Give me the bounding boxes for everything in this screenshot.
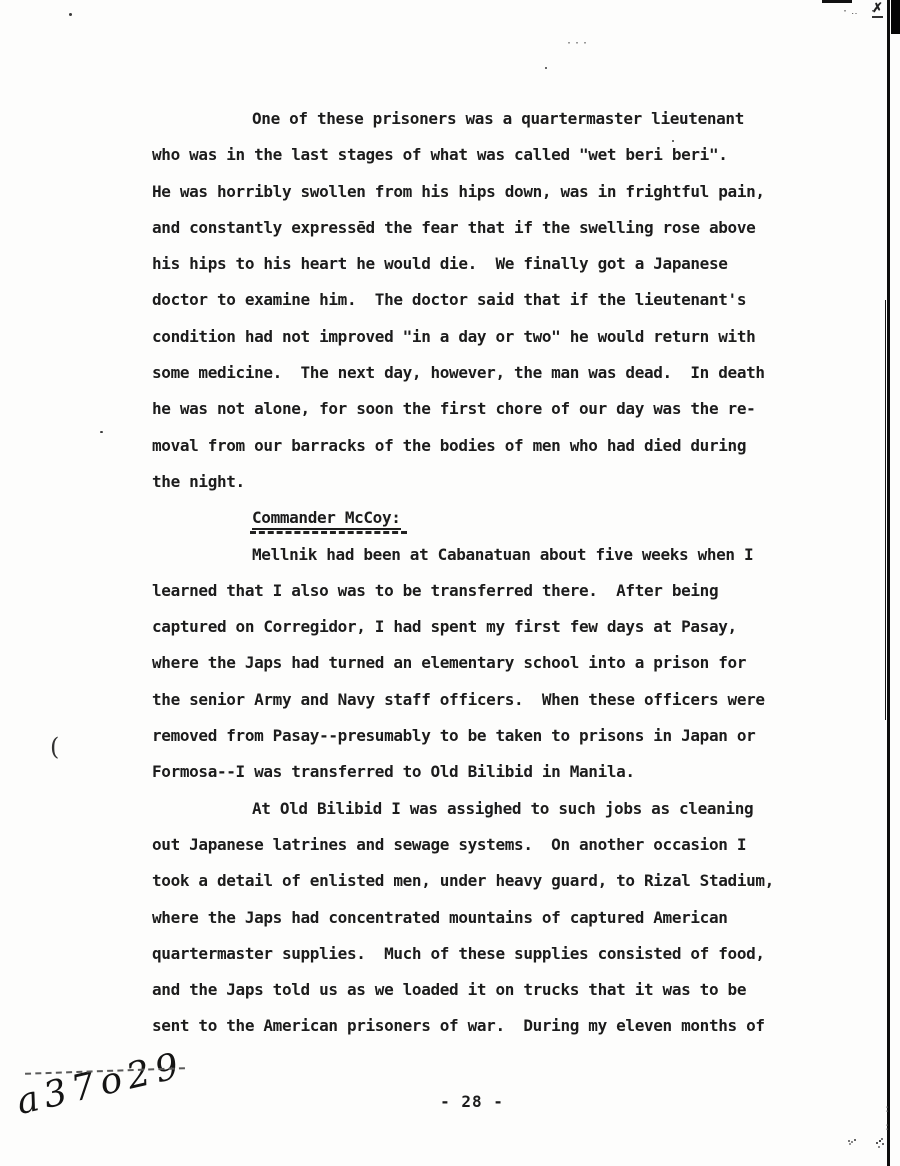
text-line: his hips to his heart he would die. We f… (152, 246, 812, 282)
text-line: captured on Corregidor, I had spent my f… (152, 609, 812, 645)
scan-edge-line-thin (885, 300, 886, 720)
text-line: Mellnik had been at Cabanatuan about fiv… (152, 537, 812, 573)
text-line: Formosa--I was transferred to Old Bilibi… (152, 754, 812, 790)
edge-dots: : : (884, 1100, 891, 1136)
text-line: moval from our barracks of the bodies of… (152, 428, 812, 464)
text-line: He was horribly swollen from his hips do… (152, 174, 812, 210)
typewritten-text-block: One of these prisoners was a quartermast… (152, 101, 812, 1045)
text-line: quartermaster supplies. Much of these su… (152, 936, 812, 972)
scan-corner-block (891, 0, 900, 34)
text-line: out Japanese latrines and sewage systems… (152, 827, 812, 863)
handwritten-note: a37o29 (13, 1045, 189, 1123)
text-line: the night. (152, 464, 812, 500)
text-line: removed from Pasay--presumably to be tak… (152, 718, 812, 754)
pencil-dots: ·‥ · (842, 6, 879, 17)
text-line: where the Japs had concentrated mountain… (152, 900, 812, 936)
text-line: learned that I also was to be transferre… (152, 573, 812, 609)
scan-top-edge-mark (822, 0, 852, 3)
text-line: At Old Bilibid I was assighed to such jo… (152, 791, 812, 827)
text-line: he was not alone, for soon the first cho… (152, 391, 812, 427)
section-heading-text: Commander McCoy: (252, 508, 401, 530)
page-number: - 28 - (152, 1092, 792, 1111)
noise-speck (100, 431, 103, 433)
text-line: and the Japs told us as we loaded it on … (152, 972, 812, 1008)
noise-speck (672, 140, 674, 142)
section-heading: Commander McCoy: (152, 500, 812, 536)
text-line: doctor to examine him. The doctor said t… (152, 282, 812, 318)
document-page: One of these prisoners was a quartermast… (0, 0, 900, 1166)
text-line: where the Japs had turned an elementary … (152, 645, 812, 681)
text-line: some medicine. The next day, however, th… (152, 355, 812, 391)
noise-speck (69, 13, 72, 16)
text-line: took a detail of enlisted men, under hea… (152, 863, 812, 899)
noise-dots: ··· (566, 38, 590, 49)
text-line: the senior Army and Navy staff officers.… (152, 682, 812, 718)
text-line: who was in the last stages of what was c… (152, 137, 812, 173)
text-line: condition had not improved "in a day or … (152, 319, 812, 355)
text-line: sent to the American prisoners of war. D… (152, 1008, 812, 1044)
noise-speck (545, 67, 547, 69)
text-line: One of these prisoners was a quartermast… (152, 101, 812, 137)
stray-paren-mark: ( (50, 733, 59, 761)
text-line: and constantly expressēd the fear that i… (152, 210, 812, 246)
scan-edge-line (887, 0, 890, 1166)
noise-smudge (848, 1140, 850, 1142)
